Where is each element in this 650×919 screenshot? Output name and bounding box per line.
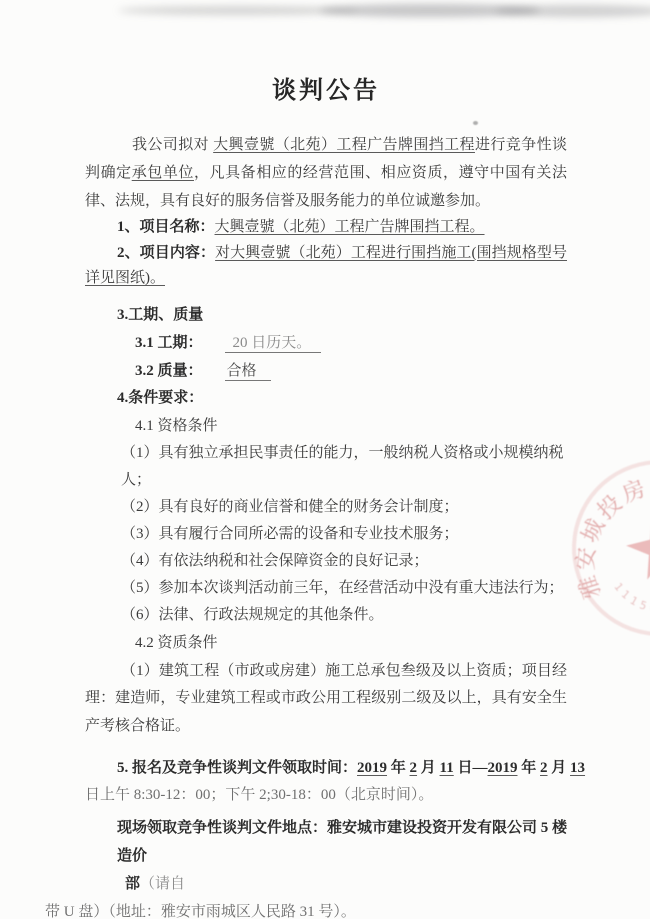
credential-paragraph: （1）建筑工程（市政或房建）施工总承包叁级及以上资质；项目经理：建造师，专业建筑… <box>85 658 567 741</box>
intro-project-underlined: 大興壹號（北苑）工程广告牌围挡工程 <box>213 137 475 153</box>
svg-text:1115020000: 1115020000 <box>610 560 650 628</box>
qualification-item: （3）具有履行合同所必需的设备和专业技术服务； <box>121 521 567 548</box>
date-sep: 年 <box>387 760 410 776</box>
subsection42-title: 4.2 资质条件 <box>135 630 567 657</box>
project-name-value: 大興壹號（北苑）工程广告牌围挡工程。 <box>215 219 485 235</box>
intro-paragraph: 我公司拟对 大興壹號（北苑）工程广告牌围挡工程进行竞争性谈判确定承包单位，凡具备… <box>85 131 567 215</box>
date-month2: 2 <box>540 760 548 776</box>
quality-row: 3.2 质量：合格 <box>135 358 567 385</box>
intro-contractor-underlined: 承包单位 <box>132 165 194 181</box>
date-year2: 2019 <box>488 760 518 776</box>
scan-smudge <box>495 5 650 17</box>
document-title: 谈判公告 <box>85 78 567 105</box>
subsection41-title: 4.1 资格条件 <box>135 413 567 440</box>
qualification-item: （6）法律、行政法规规定的其他条件。 <box>121 602 567 629</box>
project-content-label: 2、项目内容： <box>117 245 215 261</box>
date-month1: 2 <box>410 760 418 776</box>
document-page: 谈判公告 我公司拟对 大興壹號（北苑）工程广告牌围挡工程进行竞争性谈判确定承包单… <box>85 70 567 919</box>
seal-star-icon <box>620 507 650 582</box>
qualification-item: （5）参加本次谈判活动前三年，在经营活动中没有重大违法行为； <box>121 575 567 602</box>
quality-label: 3.2 质量： <box>135 363 203 379</box>
pickup-location-line2-bold: 部 <box>125 876 140 892</box>
pickup-location-line2-light: （请自 <box>140 876 185 892</box>
qualification-item: （1）具有独立承担民事责任的能力，一般纳税人资格或小规模纳税人； <box>121 440 567 494</box>
date-sep: 月 <box>417 760 440 776</box>
section3-heading: 3.工期、质量 <box>117 302 567 329</box>
date-sep: 日— <box>454 760 488 776</box>
date-year1: 2019 <box>357 760 387 776</box>
pickup-location-line1: 现场领取竞争性谈判文件地点：雅安城市建设投资开发有限公司 5 楼造价 <box>117 814 567 870</box>
date-day1: 11 <box>440 760 454 776</box>
intro-lead: 我公司拟对 <box>132 137 213 153</box>
duration-row: 3.1 工期：20 日历天。 <box>135 330 567 357</box>
qualification-item: （4）有依法纳税和社会保障资金的良好记录； <box>121 548 567 575</box>
scanned-document: { "document": { "title": "谈判公告", "intro"… <box>0 0 650 919</box>
pickup-location-line3: 带 U 盘）（地址：雅安市雨城区人民路 31 号）。 <box>45 898 567 919</box>
date-sep: 月 <box>548 760 571 776</box>
duration-label: 3.1 工期： <box>135 335 203 351</box>
registration-time-label: 5. 报名及竞争性谈判文件领取时间： <box>117 760 357 776</box>
quality-value: 合格 <box>225 363 271 381</box>
project-content-item: 2、项目内容：对大興壹號（北苑）工程进行围挡施工(围挡规格型号详见图纸)。 <box>85 241 567 292</box>
duration-value: 20 日历天。 <box>225 335 322 353</box>
pickup-location-line2: 部（请自 <box>125 870 567 898</box>
registration-time-line: 5. 报名及竞争性谈判文件领取时间：2019 年 2 月 11 日—2019 年… <box>117 755 567 782</box>
qualification-item: （2）具有良好的商业信誉和健全的财务会计制度； <box>121 494 567 521</box>
section4-heading: 4.条件要求： <box>117 385 567 412</box>
registration-hours-line: 日上午 8:30-12：00；下午 2;30-18：00（北京时间）。 <box>85 782 567 809</box>
project-name-item: 1、项目名称：大興壹號（北苑）工程广告牌围挡工程。 <box>85 215 567 241</box>
date-sep: 年 <box>518 760 541 776</box>
date-day2: 13 <box>570 760 585 776</box>
project-name-label: 1、项目名称： <box>117 219 215 235</box>
seal-code-text: 1115020000 <box>610 560 650 628</box>
